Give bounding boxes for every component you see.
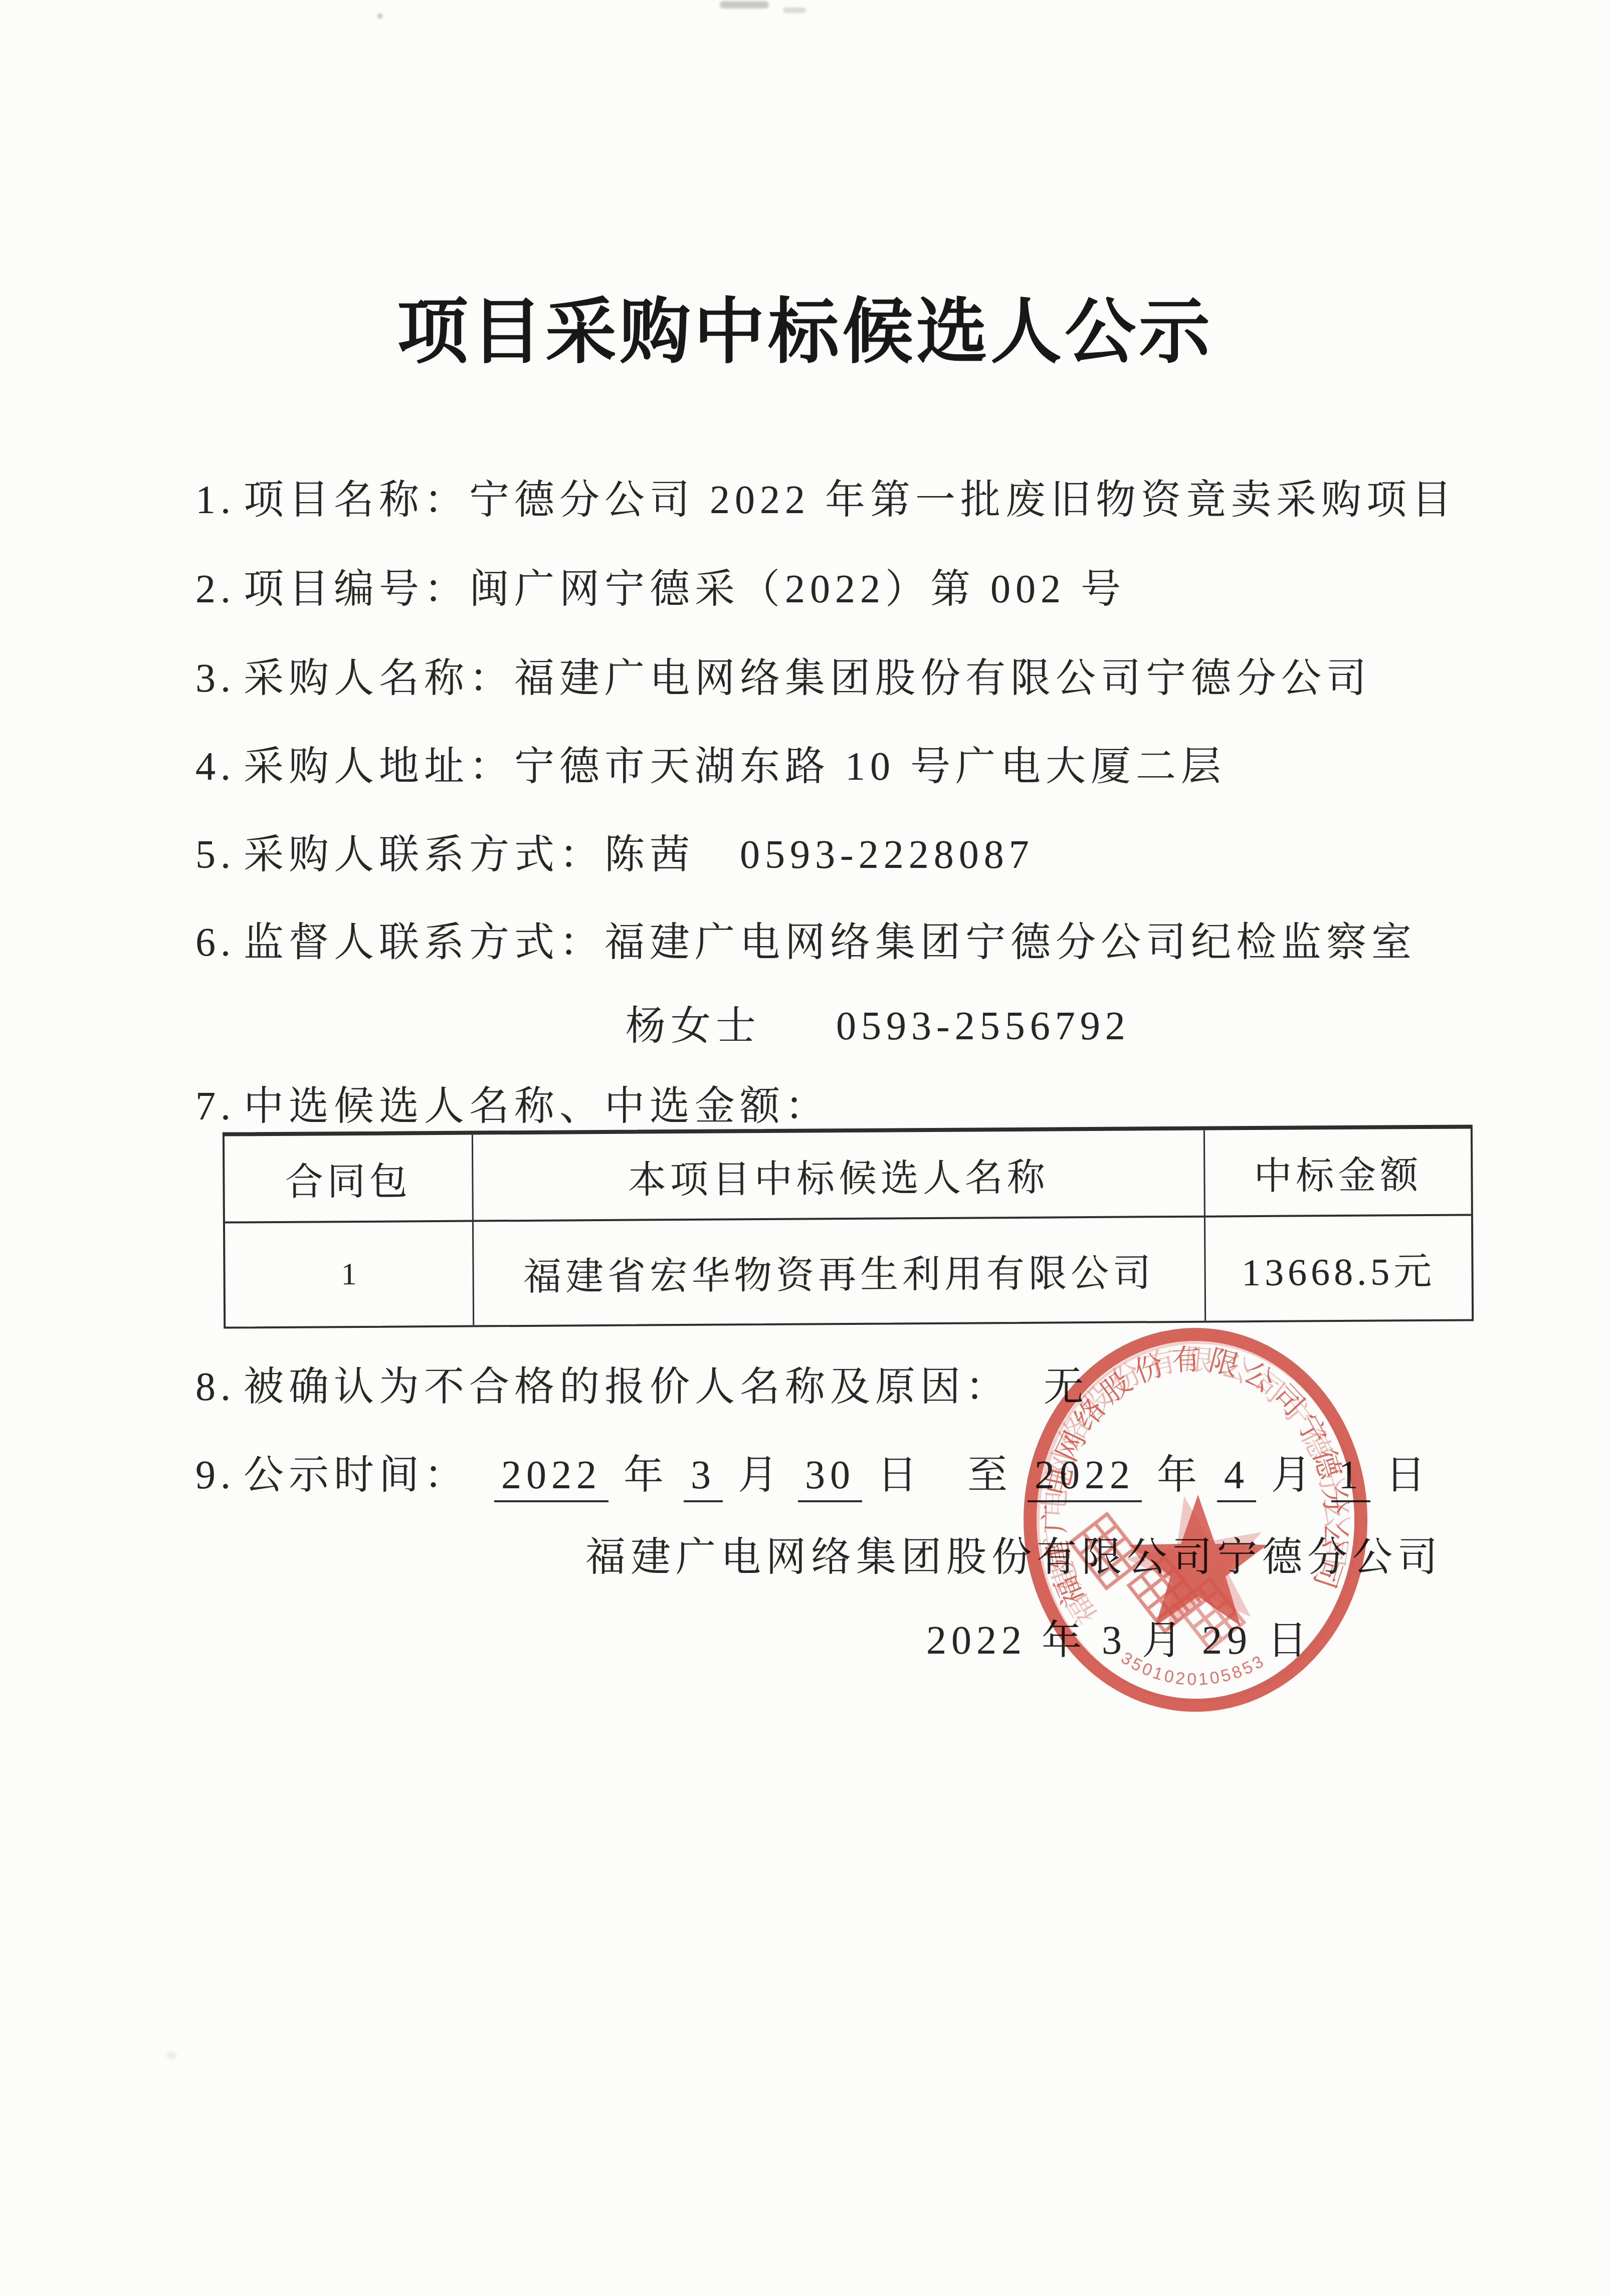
table-cell-package: 1 [225,1222,474,1327]
item-value: 闽广网宁德采（2022）第 002 号 [469,567,1126,611]
item-value: 陈茜 0593-2228087 [605,833,1034,877]
spacer [449,1453,494,1497]
item-disqualified-bidders: 8.被确认为不合格的报价人名称及原因：无 [195,1354,1089,1412]
item-supervisor-contact: 6.监督人联系方式：福建广电网络集团宁德分公司纪检监察室 [195,909,1417,967]
item-candidates-heading: 7.中选候选人名称、中选金额： [195,1073,830,1131]
item-label: 项目编号： [244,567,469,611]
scanned-document-page: 项目采购中标候选人公示 1.项目名称：宁德分公司 2022 年第一批废旧物资竟卖… [0,0,1610,2296]
item-number: 6. [195,921,236,965]
table-cell-amount: 13668.5元 [1205,1216,1472,1320]
item-value: 无 [1044,1365,1089,1409]
item-purchaser-name: 3.采购人名称：福建广电网络集团股份有限公司宁德分公司 [195,645,1371,703]
supervisor-contact-line2: 杨女士0593-2556792 [626,993,1130,1051]
date-text: 日 [1370,1453,1431,1497]
item-number: 8. [195,1365,236,1409]
date-text: 年 [1142,1453,1217,1497]
table-cell-candidate: 福建省宏华物资再生利用有限公司 [474,1218,1206,1325]
item-project-name: 1.项目名称：宁德分公司 2022 年第一批废旧物资竟卖采购项目 [195,467,1457,525]
scan-artifact [783,8,806,13]
table-header-package: 合同包 [225,1135,474,1224]
table-header-amount: 中标金额 [1205,1128,1471,1217]
table-header-candidate: 本项目中标候选人名称 [473,1130,1205,1222]
item-label: 采购人名称： [244,656,514,701]
item-label: 中选候选人名称、中选金额： [244,1084,830,1128]
date-end-month: 4 [1217,1453,1256,1502]
item-number: 2. [195,567,236,611]
date-text: 月 [723,1453,798,1497]
item-number: 9. [195,1453,236,1497]
item-value: 宁德市天湖东路 10 号广电大厦二层 [514,745,1226,789]
item-value: 宁德分公司 2022 年第一批废旧物资竟卖采购项目 [469,478,1457,522]
item-purchaser-contact: 5.采购人联系方式：陈茜 0593-2228087 [195,822,1034,879]
date-start-month: 3 [684,1453,723,1502]
item-publicity-period: 9.公示时间： 2022 年 3 月 30 日 至 2022 年 4 月 1 日 [195,1442,1431,1502]
candidates-table: 合同包 本项目中标候选人名称 中标金额 1 福建省宏华物资再生利用有限公司 13… [223,1124,1474,1328]
item-label: 公示时间： [244,1453,449,1497]
item-label: 监督人联系方式： [244,921,605,965]
item-label: 采购人地址： [244,745,514,789]
date-text: 日 至 [862,1453,1028,1497]
item-number: 4. [195,745,236,789]
date-text: 月 [1256,1453,1331,1497]
item-number: 5. [195,833,236,877]
signature-company: 福建广电网络集团股份有限公司宁德分公司 [585,1524,1443,1582]
scan-artifact [166,2052,176,2058]
item-label: 项目名称： [244,478,469,522]
item-value: 福建广电网络集团宁德分公司纪检监察室 [605,921,1417,965]
item-value: 福建广电网络集团股份有限公司宁德分公司 [514,656,1371,701]
item-number: 3. [195,656,236,701]
date-text: 年 [609,1453,684,1497]
date-end-day: 1 [1331,1453,1370,1502]
item-label: 被确认为不合格的报价人名称及原因： [244,1365,1011,1409]
item-project-number: 2.项目编号：闽广网宁德采（2022）第 002 号 [195,556,1126,614]
date-start-day: 30 [798,1453,862,1502]
contact-phone: 0593-2556792 [836,1004,1130,1048]
item-purchaser-address: 4.采购人地址：宁德市天湖东路 10 号广电大厦二层 [195,734,1226,791]
item-number: 7. [195,1084,236,1128]
item-label: 采购人联系方式： [244,833,605,877]
page-title: 项目采购中标候选人公示 [0,275,1610,377]
signature-date: 2022 年 3 月 29 日 [926,1608,1312,1665]
date-end-year: 2022 [1028,1453,1142,1502]
item-number: 1. [195,478,236,522]
contact-person: 杨女士 [626,1004,761,1048]
scan-artifact [377,13,383,19]
scan-artifact [720,1,769,9]
date-start-year: 2022 [494,1453,609,1502]
